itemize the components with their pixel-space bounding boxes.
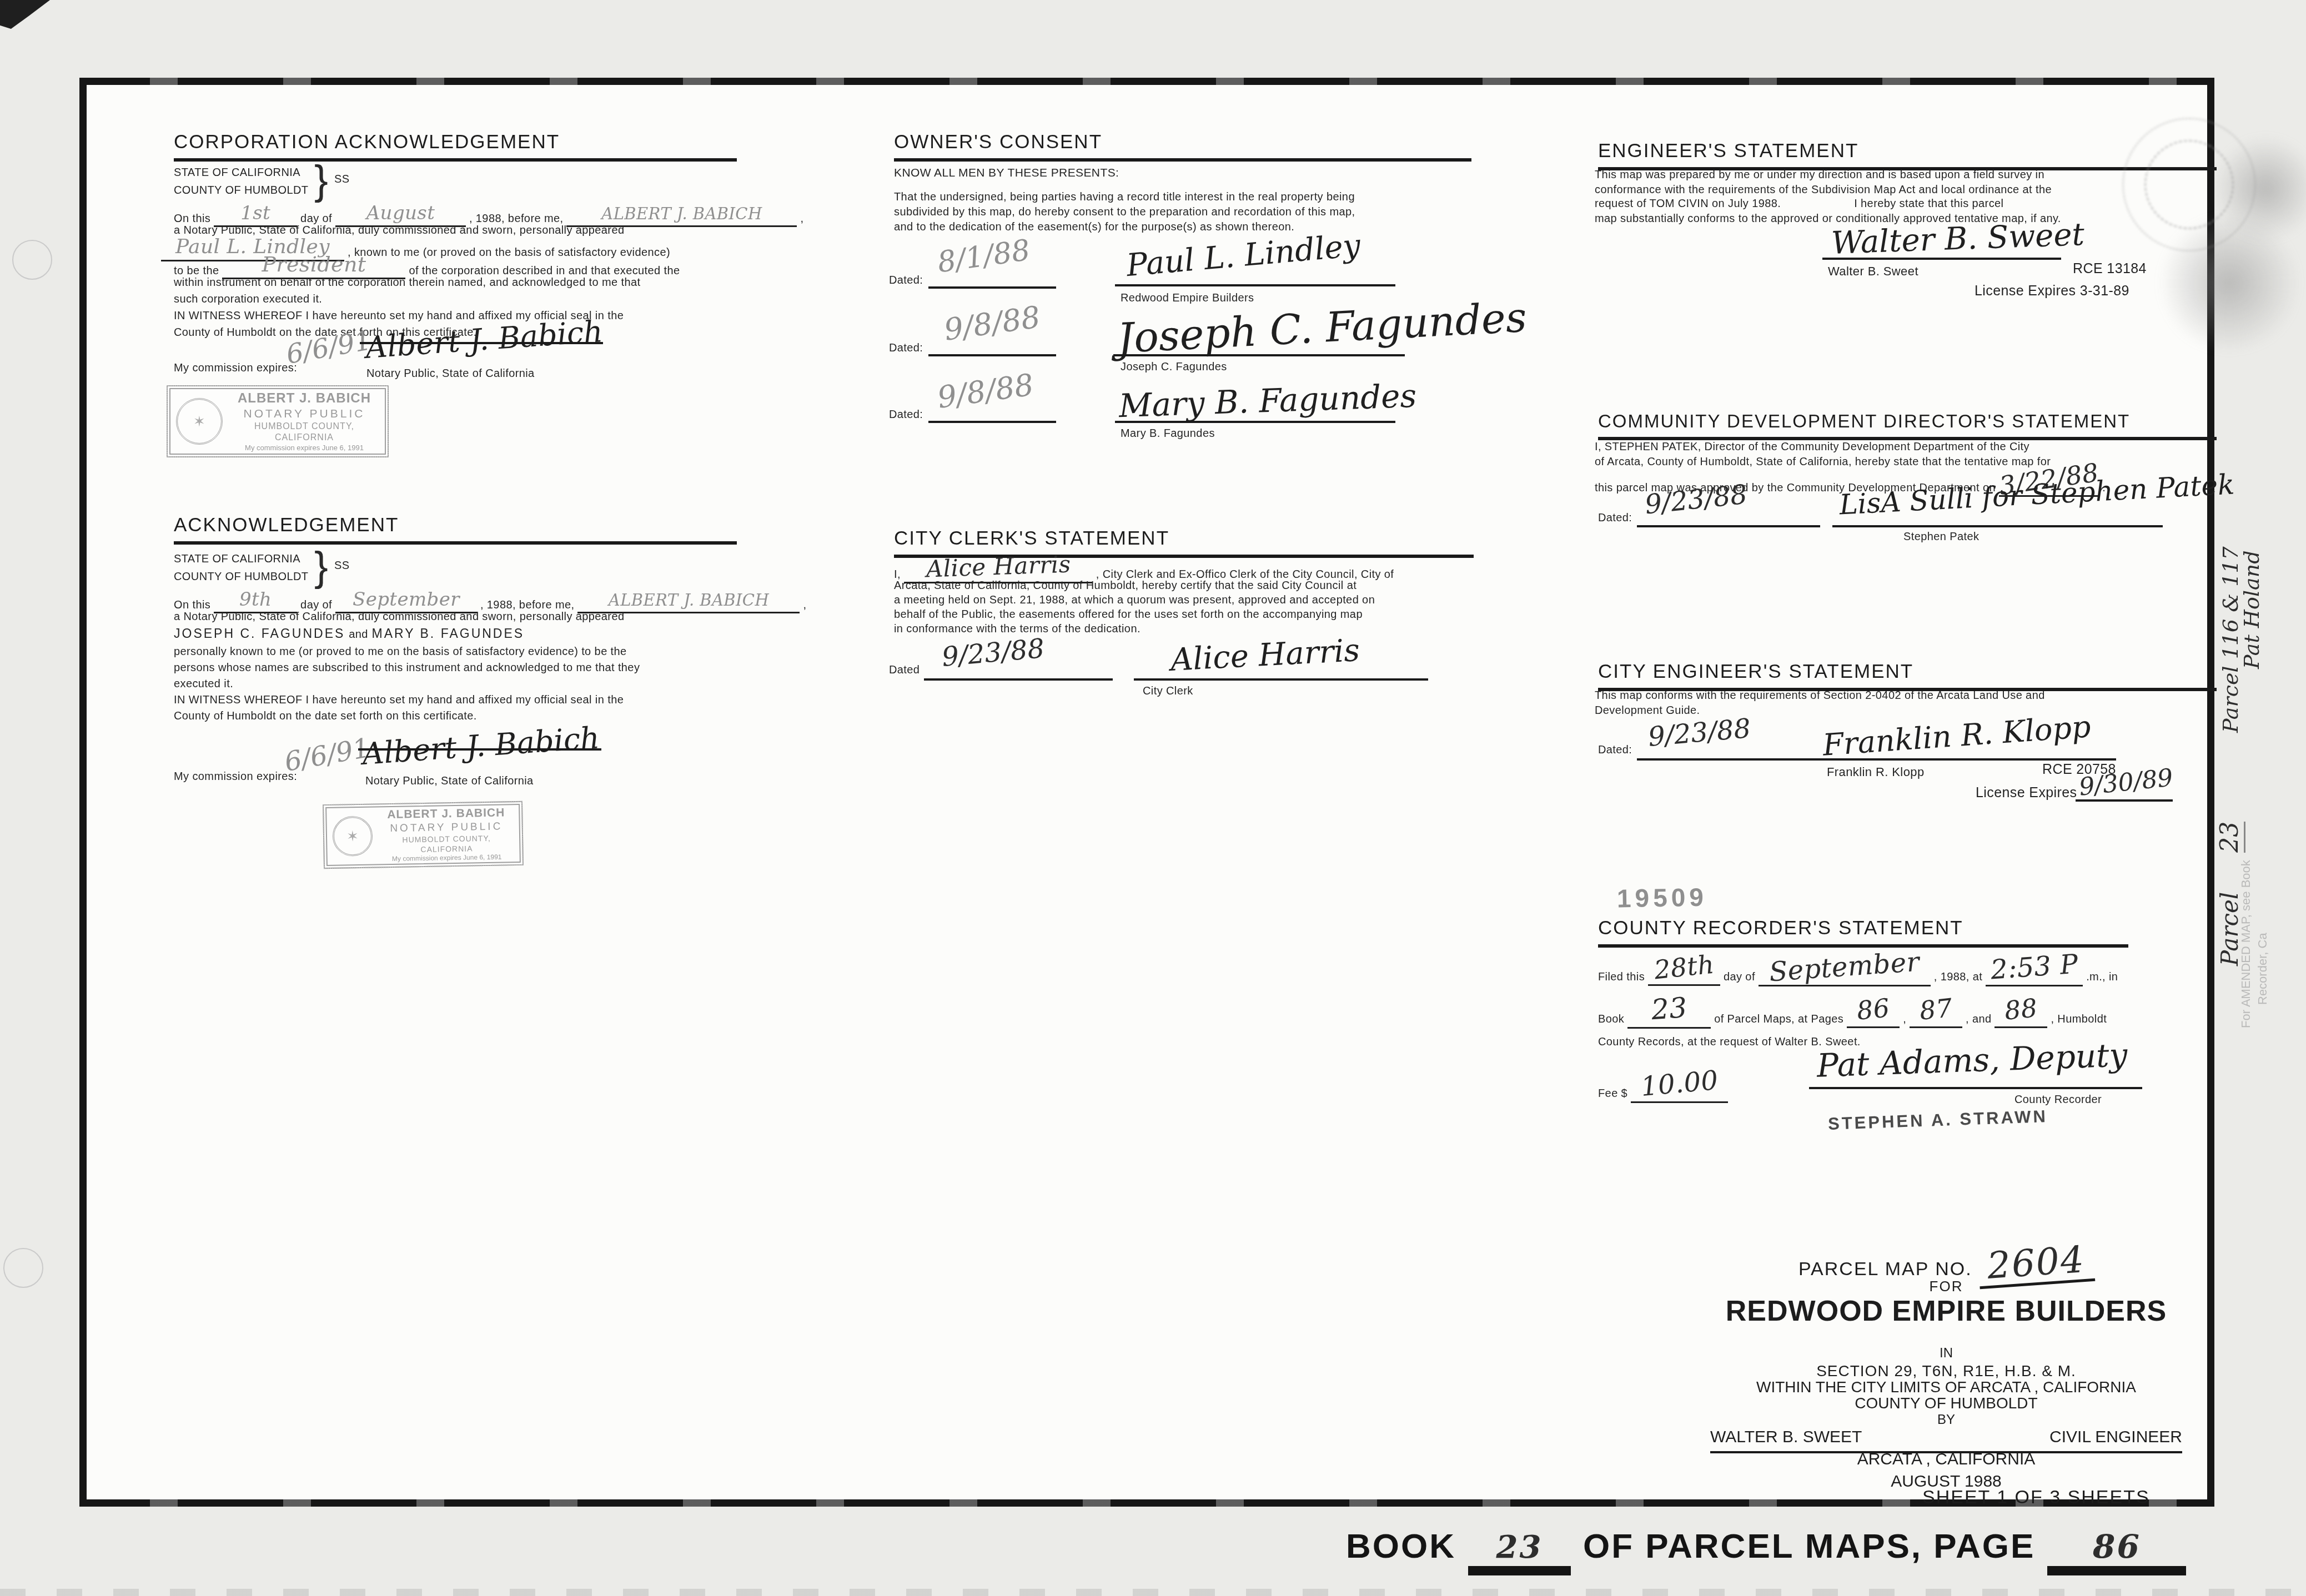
notary-stamp-text: ALBERT J. BABICH NOTARY PUBLIC HUMBOLDT … <box>229 390 379 453</box>
rec-time-handwritten: 2:53 P <box>1990 951 2079 984</box>
ceng-signature-line <box>1813 758 2116 761</box>
county-recorders-heading: COUNTY RECORDER'S STATEMENT <box>1598 917 2128 948</box>
rec-l1d: .m., in <box>2086 971 2118 983</box>
ack-name-mary: MARY B. FAGUNDES <box>372 626 525 641</box>
stamp-title: NOTARY PUBLIC <box>229 407 379 421</box>
venue-ss: SS <box>334 173 349 186</box>
rec-page3-handwritten: 88 <box>2003 995 2039 1024</box>
ack-names-and: and <box>349 628 368 641</box>
title-engineer-name: WALTER B. SWEET <box>1710 1428 1862 1447</box>
acknowledgement-heading: ACKNOWLEDGEMENT <box>174 514 737 545</box>
rec-l1c: , 1988, at <box>1934 971 1982 983</box>
corp-l1a: On this <box>174 213 210 225</box>
owner-date-line-1 <box>928 286 1056 289</box>
owners-consent-heading: OWNER'S CONSENT <box>894 131 1471 162</box>
title-parcel-map-label: PARCEL MAP NO. <box>1798 1258 1972 1280</box>
engineer-rce: RCE 13184 <box>2073 261 2147 277</box>
clerk-name-handwritten: Alice Harris <box>926 552 1071 581</box>
footer-book-number-handwritten: 23 <box>1496 1529 1543 1565</box>
owner-signer-label-1: Redwood Empire Builders <box>1121 292 1254 305</box>
engineer-name-label: Walter B. Sweet <box>1828 264 1918 279</box>
state-seal-icon: ✶ <box>176 398 223 445</box>
stamp-county: HUMBOLDT COUNTY, CALIFORNIA <box>229 421 379 444</box>
owner-signature-line-3 <box>1115 421 1395 423</box>
film-mottle-top <box>89 78 2204 85</box>
rec-month-blank: September <box>1759 958 1931 986</box>
owner-dated-label-3: Dated: <box>889 409 923 421</box>
corp-l1d: , <box>800 213 803 225</box>
rec-page1-handwritten: 86 <box>1856 995 1891 1024</box>
corp-l1c: , 1988, before me, <box>469 213 564 225</box>
title-county-line: COUNTY OF HUMBOLDT <box>1707 1394 2185 1412</box>
rec-page2-blank: 87 <box>1910 1001 1962 1028</box>
engineers-statement-heading: ENGINEER'S STATEMENT <box>1598 140 2217 170</box>
clerk-signature-line <box>1134 678 1428 681</box>
title-for: FOR <box>1707 1278 2185 1295</box>
corp-signature-line <box>360 342 603 344</box>
punch-mark-lower <box>3 1248 43 1288</box>
film-mottle-bottom <box>89 1499 2204 1507</box>
owner-signature-line-1 <box>1115 284 1395 286</box>
ack-day-handwritten: 9th <box>239 590 272 609</box>
eng-l3b: I hereby state that this parcel <box>1854 198 2003 210</box>
ack-commission-label: My commission expires: <box>174 771 297 783</box>
ack-l1a: On this <box>174 599 210 611</box>
cdd-name-label: Stephen Patek <box>1903 531 1979 543</box>
ack-venue-county: COUNTY OF HUMBOLDT <box>174 571 308 583</box>
rec-fee-label: Fee $ <box>1598 1088 1627 1100</box>
scan-artifact-top-left <box>0 0 50 29</box>
corp-title-handwritten: President <box>262 254 366 275</box>
notary-stamp-text: ALBERT J. BABICH NOTARY PUBLIC HUMBOLDT … <box>379 805 514 863</box>
title-by: BY <box>1707 1412 2185 1428</box>
margin-parcel-numbers-handwritten: Parcel 116 & 117 <box>2220 511 2241 733</box>
clerk-paragraph: Arcata, State of California, County of H… <box>894 578 1375 636</box>
footer-page-number-handwritten: 86 <box>2093 1528 2141 1565</box>
recorder-line-2: Book 23 of Parcel Maps, at Pages 86 , 87… <box>1598 999 2107 1029</box>
engineer-signature-line <box>1822 258 2061 260</box>
cdd-dated-label: Dated: <box>1598 512 1632 525</box>
venue-county: COUNTY OF HUMBOLDT <box>174 184 308 197</box>
ack-month-handwritten: September <box>353 590 460 609</box>
rec-l1a: Filed this <box>1598 971 1645 983</box>
owner-signer-label-3: Mary B. Fagundes <box>1121 427 1215 440</box>
title-city-limits-line: WITHIN THE CITY LIMITS OF ARCATA , CALIF… <box>1707 1378 2185 1396</box>
ack-venue-brace: } <box>314 543 328 590</box>
rec-fee-blank: 10.00 <box>1631 1075 1728 1103</box>
ack-names-line: JOSEPH C. FAGUNDES and MARY B. FAGUNDES <box>174 626 524 641</box>
corp-signature-label: Notary Public, State of California <box>366 367 535 380</box>
ack-name-joseph: JOSEPH C. FAGUNDES <box>174 626 345 641</box>
state-seal-icon: ✶ <box>332 816 373 857</box>
stamp-title: NOTARY PUBLIC <box>379 820 514 835</box>
rec-l2a: Book <box>1598 1013 1624 1025</box>
margin-note-book: Parcel 23 <box>2218 805 2242 966</box>
ceng-dated-label: Dated: <box>1598 744 1632 757</box>
rec-day-handwritten: 28th <box>1653 951 1715 983</box>
engineer-paragraph: This map was prepared by me or under my … <box>1595 168 2052 198</box>
rec-page1-blank: 86 <box>1847 1001 1900 1028</box>
title-client-name: REDWOOD EMPIRE BUILDERS <box>1707 1295 2185 1328</box>
punch-mark-upper <box>12 240 52 280</box>
ack-venue-ss: SS <box>334 560 349 572</box>
ack-l1b: day of <box>300 599 332 611</box>
community-development-heading: COMMUNITY DEVELOPMENT DIRECTOR'S STATEME… <box>1598 411 2217 440</box>
ack-l1c: , 1988, before me, <box>480 599 575 611</box>
corp-notary-handwritten: ALBERT J. BABICH <box>601 206 762 222</box>
venue-brace: } <box>314 157 328 204</box>
footer-book-blank: 23 <box>1468 1527 1571 1575</box>
footer-book-label: BOOK <box>1346 1527 1456 1566</box>
footer-page-blank: 86 <box>2047 1527 2186 1575</box>
title-engineer-title: CIVIL ENGINEER <box>2049 1428 2182 1447</box>
rec-page2-handwritten: 87 <box>1918 995 1954 1024</box>
recorder-signature-line <box>1809 1087 2142 1089</box>
ack-line-2: a Notary Public, State of California, du… <box>174 611 624 623</box>
stamp-expires: My commission expires June 6, 1991 <box>229 444 379 452</box>
cdd-signature-line <box>1832 525 2163 527</box>
corp-month-handwritten: August <box>366 204 435 223</box>
notary-stamp-2: ✶ ALBERT J. BABICH NOTARY PUBLIC HUMBOLD… <box>323 801 524 869</box>
engineer-line-3: request of TOM CIVIN on July 1988. I her… <box>1595 198 2003 210</box>
ack-venue-state: STATE OF CALIFORNIA <box>174 553 300 566</box>
title-city-line: ARCATA , CALIFORNIA <box>1707 1450 2185 1469</box>
rec-book-handwritten: 23 <box>1650 994 1688 1024</box>
rec-l2c: , <box>1903 1013 1906 1025</box>
engineer-license: License Expires 3-31-89 <box>1975 283 2129 299</box>
margin-book-number-handwritten: 23 <box>2215 822 2245 853</box>
footer-page-label: OF PARCEL MAPS, PAGE <box>1583 1527 2035 1566</box>
stamp-name: ALBERT J. BABICH <box>229 390 379 407</box>
recorder-line-1: Filed this 28th day of September , 1988,… <box>1598 958 2118 986</box>
rec-fee-handwritten: 10.00 <box>1640 1067 1719 1100</box>
title-section-line: SECTION 29, T6N, R1E, H.B. & M. <box>1707 1362 2185 1380</box>
notary-stamp-1: ✶ ALBERT J. BABICH NOTARY PUBLIC HUMBOLD… <box>167 385 389 457</box>
corp-l1b: day of <box>300 213 332 225</box>
recorder-signature-label: County Recorder <box>2014 1094 2102 1106</box>
margin-parcel-word-handwritten: Parcel <box>2216 892 2243 966</box>
stamp-expires: My commission expires June 6, 1991 <box>380 853 514 863</box>
owner-dated-label-2: Dated: <box>889 342 923 355</box>
margin-note-parcels: Parcel 116 & 117 Pat Holand <box>2220 511 2262 733</box>
ceng-license-label: License Expires <box>1976 785 2077 801</box>
rec-day-blank: 28th <box>1648 959 1720 986</box>
ceng-date-line <box>1637 758 1820 761</box>
rec-book-blank: 23 <box>1627 999 1711 1029</box>
owner-date-line-3 <box>928 421 1056 423</box>
rec-page3-blank: 88 <box>1994 1001 2047 1028</box>
owner-signature-line-2 <box>1113 354 1405 356</box>
corporation-acknowledgement-heading: CORPORATION ACKNOWLEDGEMENT <box>174 131 737 162</box>
footer-book-page-row: BOOK 23 OF PARCEL MAPS, PAGE 86 <box>1346 1527 2186 1575</box>
film-edge-bottom <box>0 1589 2306 1596</box>
clerk-dated-label: Dated <box>889 664 920 677</box>
ack-signature-label: Notary Public, State of California <box>365 775 534 788</box>
ack-notary-handwritten: ALBERT J. BABICH <box>609 592 769 608</box>
city-engineer-paragraph: This map conforms with the requirements … <box>1595 688 2045 718</box>
margin-name-handwritten: Pat Holand <box>2241 511 2262 733</box>
ceng-name-label: Franklin R. Klopp <box>1827 765 1925 779</box>
ack-body-rest: personally known to me (or proved to me … <box>174 644 640 724</box>
rec-l2e: , Humboldt <box>2051 1013 2107 1025</box>
cdd-date-line <box>1637 525 1820 527</box>
amended-stamp-line-2: Recorder, Ca <box>2254 850 2271 1028</box>
corp-commission-label: My commission expires: <box>174 362 297 375</box>
ack-signature-line <box>358 748 601 751</box>
rec-l2b: of Parcel Maps, at Pages <box>1714 1013 1843 1025</box>
sheet-count: SHEET 1 OF 3 SHEETS <box>1922 1487 2150 1508</box>
clerk-signature-label: City Clerk <box>1143 685 1193 698</box>
corp-day-handwritten: 1st <box>240 204 270 223</box>
scanned-parcel-map-sheet: CORPORATION ACKNOWLEDGEMENT STATE OF CAL… <box>0 0 2306 1596</box>
cdd-paragraph: I, STEPHEN PATEK, Director of the Commun… <box>1595 440 2051 470</box>
venue-state: STATE OF CALIFORNIA <box>174 167 300 179</box>
rec-time-blank: 2:53 P <box>1986 958 2083 986</box>
eng-l3a: request of TOM CIVIN on July 1988. <box>1595 198 1781 210</box>
title-in: IN <box>1707 1346 2185 1361</box>
clerk-date-line <box>924 678 1113 681</box>
rec-l1b: day of <box>1724 971 1755 983</box>
owner-consent-paragraph: That the undersigned, being parties havi… <box>894 190 1355 235</box>
city-engineers-heading: CITY ENGINEER'S STATEMENT <box>1598 661 2217 691</box>
ceng-license-date-line <box>2076 799 2173 802</box>
owner-date-line-2 <box>928 354 1056 356</box>
rec-l2d: , and <box>1966 1013 1991 1025</box>
owner-know-all-men: KNOW ALL MEN BY THESE PRESENTS: <box>894 167 1119 180</box>
recorder-document-number-stamp: 19509 <box>1617 882 1708 914</box>
stamp-county: HUMBOLDT COUNTY, CALIFORNIA <box>379 833 514 855</box>
owner-dated-label-1: Dated: <box>889 274 923 287</box>
ack-l1d: , <box>803 599 806 611</box>
recorder-fee-row: Fee $ 10.00 <box>1598 1075 1728 1103</box>
owner-signer-label-2: Joseph C. Fagundes <box>1121 361 1227 374</box>
